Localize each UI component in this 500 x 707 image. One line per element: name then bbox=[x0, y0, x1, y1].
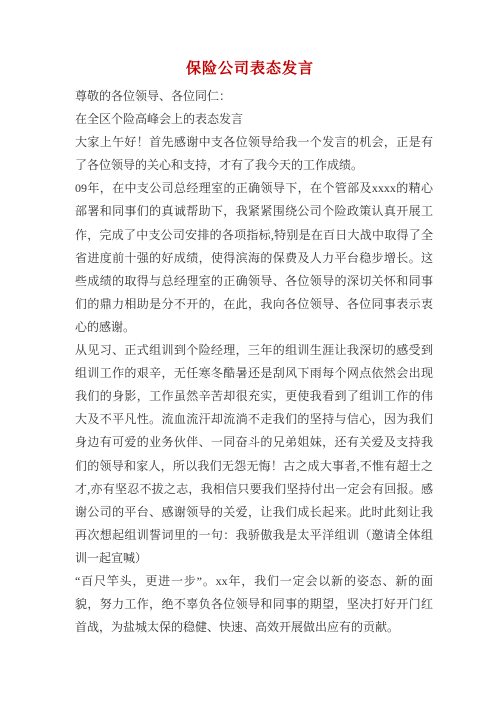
text-line: 省进度前十强的好成绩，使得滨海的保费及人力平台稳步增长。这 bbox=[75, 247, 433, 270]
text-line: 了各位领导的关心和支持，才有了我今天的工作成绩。 bbox=[75, 154, 433, 177]
text-line: 尊敬的各位领导、各位同仁： bbox=[75, 85, 433, 108]
text-line: 从见习、正式组训到个险经理，三年的组训生涯让我深切的感受到 bbox=[75, 339, 433, 362]
text-line: 貌，努力工作，绝不辜负各位领导和同事的期望，坚决打好开门红 bbox=[75, 593, 433, 616]
text-line: 再次想起组训誓词里的一句：我骄傲我是太平洋组训（邀请全体组 bbox=[75, 524, 433, 547]
text-line: 大及不平凡性。流血流汗却流淌不走我们的坚持与信心，因为我们 bbox=[75, 408, 433, 431]
text-line: 我们的身影，工作虽然辛苦却很充实，更使我看到了组训工作的伟 bbox=[75, 385, 433, 408]
text-line: 训一起宣喊） bbox=[75, 547, 433, 570]
document-body: 尊敬的各位领导、各位同仁：在全区个险高峰会上的表态发言大家上午好！首先感谢中支各… bbox=[75, 85, 433, 639]
text-line: 作，完成了中支公司安排的各项指标,特别是在百日大战中取得了全 bbox=[75, 224, 433, 247]
document-title: 保险公司表态发言 bbox=[0, 57, 500, 78]
text-line: 首战，为盐城太保的稳健、快速、高效开展做出应有的贡献。 bbox=[75, 616, 433, 639]
document-page: 保险公司表态发言 尊敬的各位领导、各位同仁：在全区个险高峰会上的表态发言大家上午… bbox=[0, 0, 500, 707]
text-line: 部署和同事们的真诚帮助下，我紧紧围绕公司个险政策认真开展工 bbox=[75, 200, 433, 223]
text-line: 大家上午好！首先感谢中支各位领导给我一个发言的机会，正是有 bbox=[75, 131, 433, 154]
text-line: 身边有可爱的业务伙伴、一同奋斗的兄弟姐妹，还有关爱及支持我 bbox=[75, 431, 433, 454]
text-line: 些成绩的取得与总经理室的正确领导、各位领导的深切关怀和同事 bbox=[75, 270, 433, 293]
text-line: 组训工作的艰辛，无任寒冬酷暑还是刮风下雨每个网点依然会出现 bbox=[75, 362, 433, 385]
text-line: 谢公司的平台、感谢领导的关爱，让我们成长起来。此时此刻让我 bbox=[75, 501, 433, 524]
text-line: 们的领导和家人，所以我们无怨无悔！古之成大事者,不惟有超士之 bbox=[75, 455, 433, 478]
text-line: 们的鼎力相助是分不开的，在此，我向各位领导、各位同事表示衷 bbox=[75, 293, 433, 316]
text-line: 心的感谢。 bbox=[75, 316, 433, 339]
text-line: 09年，在中支公司总经理室的正确领导下，在个管部及xxxx的精心 bbox=[75, 177, 433, 200]
text-line: 才,亦有坚忍不拔之志，我相信只要我们坚持付出一定会有回报。感 bbox=[75, 478, 433, 501]
text-line: “百尺竿头，更进一步”。xx年，我们一定会以新的姿态、新的面 bbox=[75, 570, 433, 593]
text-line: 在全区个险高峰会上的表态发言 bbox=[75, 108, 433, 131]
